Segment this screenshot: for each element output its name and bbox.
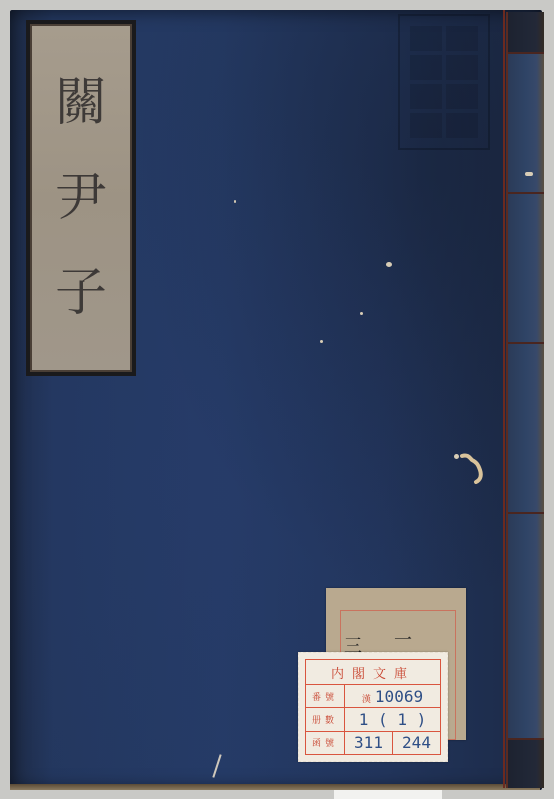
label-header: 内閣文庫	[306, 660, 441, 685]
stitch-band	[508, 52, 544, 54]
stitch-band	[508, 512, 544, 514]
cover-bottom-edge	[10, 784, 540, 790]
binding-thread	[503, 10, 505, 788]
label-value-number: 漢10069	[345, 685, 441, 708]
call-number: 10069	[375, 687, 423, 706]
label-key-number: 番號	[306, 685, 345, 708]
title-slip: 關 尹 子	[26, 20, 136, 376]
paper-speck	[320, 340, 323, 343]
label-value-volumes: 1 ( 1 )	[345, 708, 441, 731]
paper-speck	[360, 312, 363, 315]
title-char: 子	[55, 267, 107, 319]
stitch-band	[508, 342, 544, 344]
spine-corner-bottom	[508, 740, 544, 788]
title-char: 關	[55, 77, 107, 129]
paper-speck	[525, 172, 533, 176]
title-slip-paper: 關 尹 子	[30, 24, 132, 372]
label-key-case: 函號	[306, 731, 345, 754]
spine-corner-top	[508, 12, 544, 52]
paper-speck	[234, 200, 236, 203]
faded-seal-impression	[398, 14, 490, 150]
old-label-mark: 一	[394, 626, 412, 652]
book-spine	[506, 12, 544, 788]
label-prefix: 漢	[362, 695, 371, 705]
label-key-volumes: 册數	[306, 708, 345, 731]
stitch-band	[508, 192, 544, 194]
paper-speck	[386, 262, 392, 267]
label-table: 内閣文庫 番號 漢10069 册數 1 ( 1 ) 函號 311 244	[305, 659, 441, 755]
label-value-case-right: 244	[393, 731, 441, 754]
wormhole-damage	[458, 452, 488, 484]
naikaku-bunko-label: 内閣文庫 番號 漢10069 册數 1 ( 1 ) 函號 311 244	[298, 652, 448, 762]
underlying-paper	[334, 790, 442, 799]
label-value-case-left: 311	[345, 731, 393, 754]
title-char: 尹	[55, 172, 107, 224]
